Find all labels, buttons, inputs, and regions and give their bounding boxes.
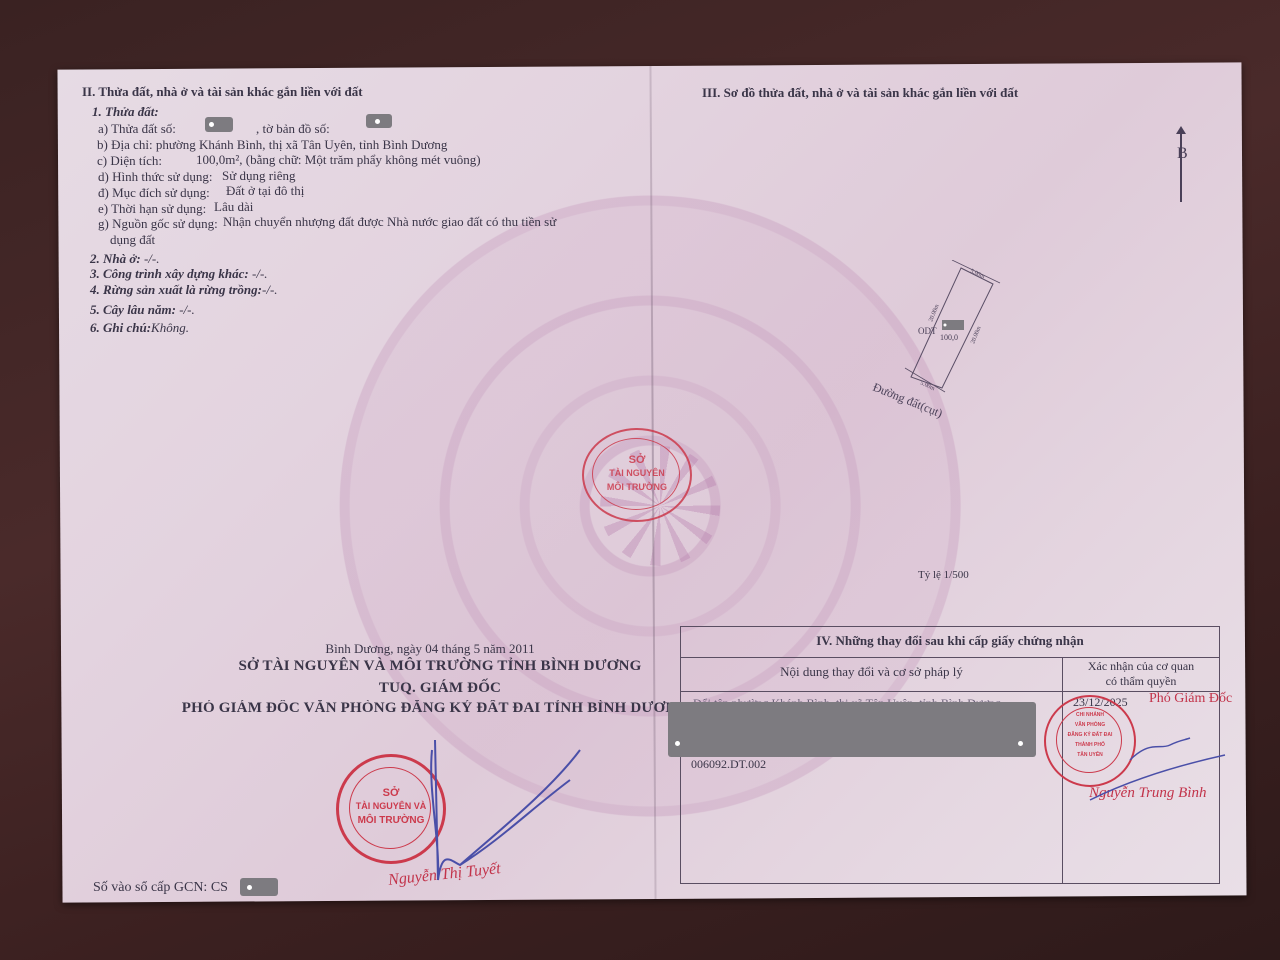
house-item: 2. Nhà ở: -/-. (90, 251, 159, 267)
section-iii-title: III. Sơ đồ thửa đất, nhà ở và tài sản kh… (702, 85, 1018, 101)
term-value: Lâu dài (214, 199, 253, 215)
center-stamp-line1: SỞ (584, 454, 690, 467)
center-stamp-line3: MÔI TRƯỜNG (584, 482, 690, 492)
notes-item: 6. Ghi chú:Không. (90, 320, 189, 336)
svg-text:100,0: 100,0 (940, 333, 958, 342)
col-confirmation-header-line2: có thẩm quyền (1063, 674, 1219, 689)
plot-diagram-svg: 5.00m 5.00m 20.00m 20.00m ODT 100,0 Đườn… (860, 260, 1030, 430)
planted-forest-item: 4. Rừng sản xuất là rừng trồng:-/-. (90, 282, 278, 298)
origin-value-line2: dụng đất (110, 232, 155, 248)
redacted-plot-number (205, 117, 233, 132)
purpose-value: Đất ở tại đô thị (226, 183, 304, 199)
plot-number-label: a) Thửa đất số: (98, 121, 176, 137)
other-construction-item: 3. Công trình xây dựng khác: -/-. (90, 266, 268, 282)
usage-form-label: d) Hình thức sử dụng: (98, 169, 212, 185)
col-confirmation-header-line1: Xác nhận của cơ quan (1063, 659, 1219, 674)
center-stamp-line2: TÀI NGUYÊN (584, 468, 690, 478)
perennial-trees-item: 5. Cây lâu năm: -/-. (90, 302, 195, 318)
area-label: c) Diện tích: (97, 153, 162, 169)
redacted-change-content (668, 702, 1036, 757)
change-row-code: 006092.DT.002 (691, 757, 766, 772)
changes-table-header-row: Nội dung thay đổi và cơ sở pháp lý Xác n… (681, 657, 1219, 692)
changes-table-title: IV. Những thay đổi sau khi cấp giấy chứn… (681, 627, 1219, 655)
svg-text:20.00m: 20.00m (970, 325, 982, 344)
redacted-register-number (240, 878, 278, 896)
land-plot-heading: 1. Thửa đất: (92, 104, 159, 120)
plot-diagram: 5.00m 5.00m 20.00m 20.00m ODT 100,0 Đườn… (860, 260, 1030, 435)
north-arrow-icon (1176, 126, 1186, 134)
confirm-title: Phó Giám Đốc (1149, 691, 1232, 707)
section-ii-title: II. Thửa đất, nhà ở và tài sản khác gắn … (82, 84, 363, 100)
origin-label: g) Nguồn gốc sử dụng: (98, 216, 218, 232)
branch-stamp-line1: CHI NHÁNH (1046, 713, 1134, 719)
north-arrow-shaft (1180, 130, 1182, 202)
redacted-map-sheet (366, 114, 392, 128)
svg-text:20.00m: 20.00m (928, 303, 940, 322)
address: b) Địa chỉ: phường Khánh Bình, thị xã Tâ… (97, 137, 447, 153)
map-scale: Tỷ lệ 1/500 (918, 569, 969, 581)
on-behalf-of: TUQ. GIÁM ĐỐC (180, 680, 700, 697)
col-confirmation-header: Xác nhận của cơ quan có thẩm quyền (1063, 659, 1219, 689)
usage-form-value: Sử dụng riêng (222, 168, 296, 184)
register-number-label: Số vào sổ cấp GCN: CS (93, 880, 228, 896)
origin-value-line1: Nhận chuyển nhượng đất được Nhà nước gia… (223, 214, 556, 230)
term-label: e) Thời hạn sử dụng: (98, 201, 206, 217)
col-change-content-header: Nội dung thay đổi và cơ sở pháp lý (681, 657, 1062, 687)
svg-text:ODT: ODT (918, 326, 937, 336)
north-label: B (1177, 145, 1188, 163)
right-signature-strokes (1060, 720, 1230, 810)
signer-title: PHÓ GIÁM ĐỐC VĂN PHÒNG ĐĂNG KÝ ĐẤT ĐAI T… (180, 700, 690, 717)
svg-text:5.00m: 5.00m (919, 380, 936, 392)
issuing-org: SỞ TÀI NGUYÊN VÀ MÔI TRƯỜNG TỈNH BÌNH DƯ… (180, 658, 700, 675)
purpose-label: đ) Mục đích sử dụng: (98, 185, 210, 201)
area-value: 100,0m², (bằng chữ: Một trăm phẩy không … (196, 152, 481, 168)
map-sheet-label: , tờ bản đồ số: (256, 121, 330, 137)
issue-date-line: Bình Dương, ngày 04 tháng 5 năm 2011 (180, 641, 680, 657)
changes-table-title-row: IV. Những thay đổi sau khi cấp giấy chứn… (681, 627, 1219, 658)
svg-text:5.00m: 5.00m (969, 268, 986, 280)
center-watermark-stamp: SỞ TÀI NGUYÊN MÔI TRƯỜNG (582, 428, 692, 522)
